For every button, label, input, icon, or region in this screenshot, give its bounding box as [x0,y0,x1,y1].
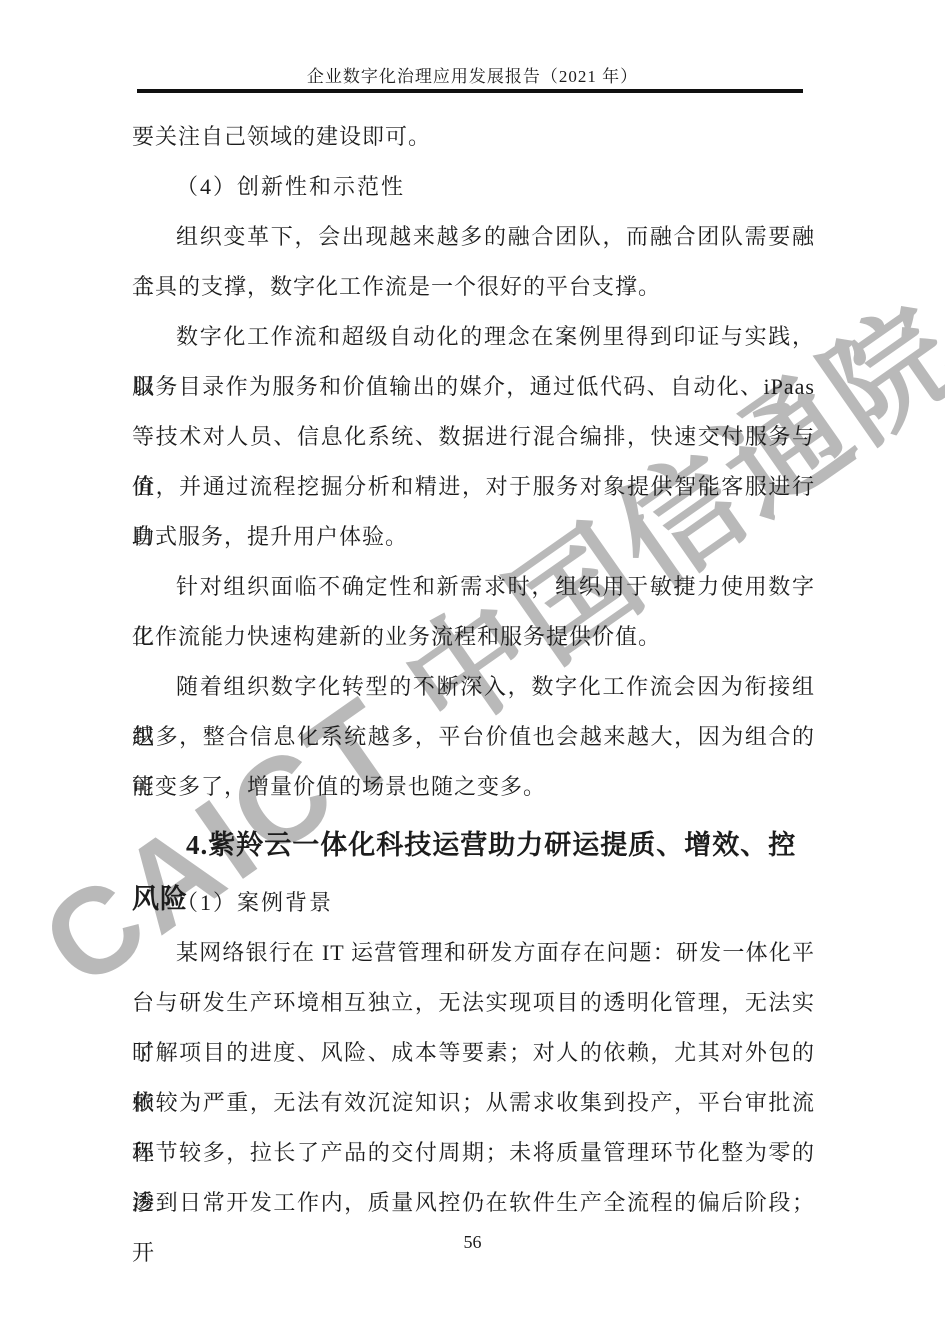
section-heading: 4.紫羚云一体化科技运营助力研运提质、增效、控风险 [132,818,815,872]
text-line: 越多，整合信息化系统越多，平台价值也会越来越大，因为组合的可 [132,712,815,762]
document-body: 要关注自己领域的建设即可。（4）创新性和示范性组织变革下，会出现越来越多的融合团… [132,112,815,1228]
text-line: （1）案例背景 [132,878,815,928]
text-line: 能变多了，增量价值的场景也随之变多。 [132,762,815,812]
text-line: 某网络银行在 IT 运营管理和研发方面存在问题：研发一体化平 [132,928,815,978]
text-line: 赖较为严重，无法有效沉淀知识；从需求收集到投产，平台审批流程 [132,1078,815,1128]
text-line: 工作流能力快速构建新的业务流程和服务提供价值。 [132,612,815,662]
document-page: CAICT 中国信通院 企业数字化治理应用发展报告（2021 年） 要关注自己领… [0,0,945,1336]
text-line: 要关注自己领域的建设即可。 [132,112,815,162]
text-line: 工具的支撑，数字化工作流是一个很好的平台支撑。 [132,262,815,312]
text-line: 值，并通过流程挖掘分析和精进，对于服务对象提供智能客服进行自 [132,462,815,512]
text-line: 环节较多，拉长了产品的交付周期；未将质量管理环节化整为零的渗 [132,1128,815,1178]
text-line: 针对组织面临不确定性和新需求时，组织用于敏捷力使用数字化 [132,562,815,612]
text-line: 了解项目的进度、风险、成本等要素；对人的依赖，尤其对外包的依 [132,1028,815,1078]
text-line: 透到日常开发工作内，质量风控仍在软件生产全流程的偏后阶段；开 [132,1178,815,1228]
page-header-title: 企业数字化治理应用发展报告（2021 年） [0,62,945,87]
text-line: 组织变革下，会出现越来越多的融合团队，而融合团队需要融合 [132,212,815,262]
text-line: 服务目录作为服务和价值输出的媒介，通过低代码、自动化、iPaas [132,362,815,412]
text-line: 等技术对人员、信息化系统、数据进行混合编排，快速交付服务与价 [132,412,815,462]
text-line: 助式服务，提升用户体验。 [132,512,815,562]
document-lines: 要关注自己领域的建设即可。（4）创新性和示范性组织变革下，会出现越来越多的融合团… [132,112,815,1228]
header-divider [137,89,803,93]
text-line: 随着组织数字化转型的不断深入，数字化工作流会因为衔接组织 [132,662,815,712]
text-line: （4）创新性和示范性 [132,162,815,212]
text-line: 数字化工作流和超级自动化的理念在案例里得到印证与实践，以 [132,312,815,362]
page-number: 56 [0,1232,945,1253]
text-line: 台与研发生产环境相互独立，无法实现项目的透明化管理，无法实时 [132,978,815,1028]
